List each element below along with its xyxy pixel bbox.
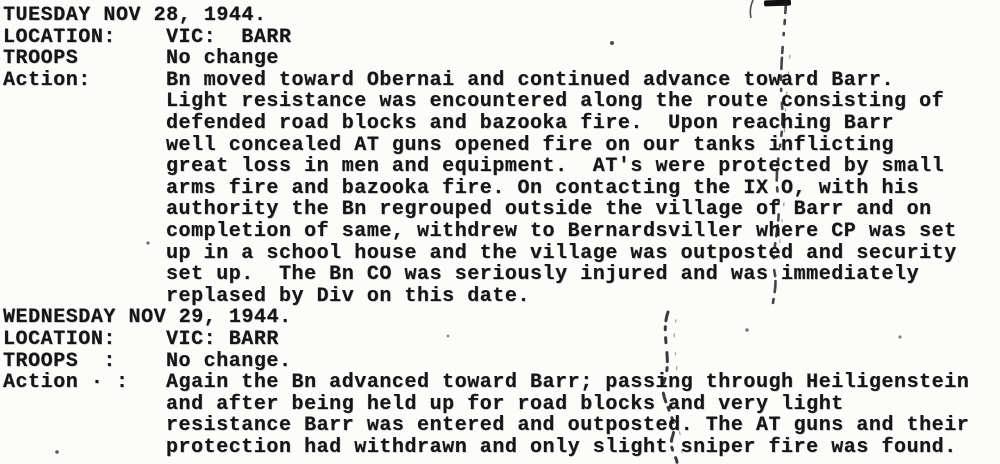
troops-value: No change	[166, 48, 279, 70]
action-label: Action · :	[3, 372, 166, 394]
diary-entry-nov-28: TUESDAY NOV 28, 1944. LOCATION: VIC: BAR…	[3, 5, 993, 307]
troops-row: TROOPS : No change.	[3, 351, 993, 373]
action-row: Action · : Again the Bn advanced toward …	[3, 372, 993, 458]
action-narrative: Again the Bn advanced toward Barr; passi…	[166, 372, 969, 458]
troops-label: TROOPS :	[3, 351, 166, 373]
entry-date-heading: WEDNESDAY NOV 29, 1944.	[3, 307, 993, 329]
troops-label: TROOPS	[3, 48, 166, 70]
entry-date-heading: TUESDAY NOV 28, 1944.	[3, 5, 993, 27]
action-row: Action: Bn moved toward Obernai and cont…	[3, 70, 993, 308]
location-value: VIC: BARR	[166, 27, 292, 49]
troops-row: TROOPS No change	[3, 48, 993, 70]
action-label: Action:	[3, 70, 166, 92]
diary-entry-nov-29: WEDNESDAY NOV 29, 1944. LOCATION: VIC: B…	[3, 307, 993, 458]
action-narrative: Bn moved toward Obernai and continued ad…	[166, 70, 957, 308]
location-value: VIC: BARR	[166, 329, 279, 351]
troops-value: No change.	[166, 351, 292, 373]
location-label: LOCATION:	[3, 27, 166, 49]
location-row: LOCATION: VIC: BARR	[3, 27, 993, 49]
location-row: LOCATION: VIC: BARR	[3, 329, 993, 351]
document-content: TUESDAY NOV 28, 1944. LOCATION: VIC: BAR…	[3, 5, 993, 458]
location-label: LOCATION:	[3, 329, 166, 351]
scanned-document-page: TUESDAY NOV 28, 1944. LOCATION: VIC: BAR…	[0, 0, 1000, 464]
